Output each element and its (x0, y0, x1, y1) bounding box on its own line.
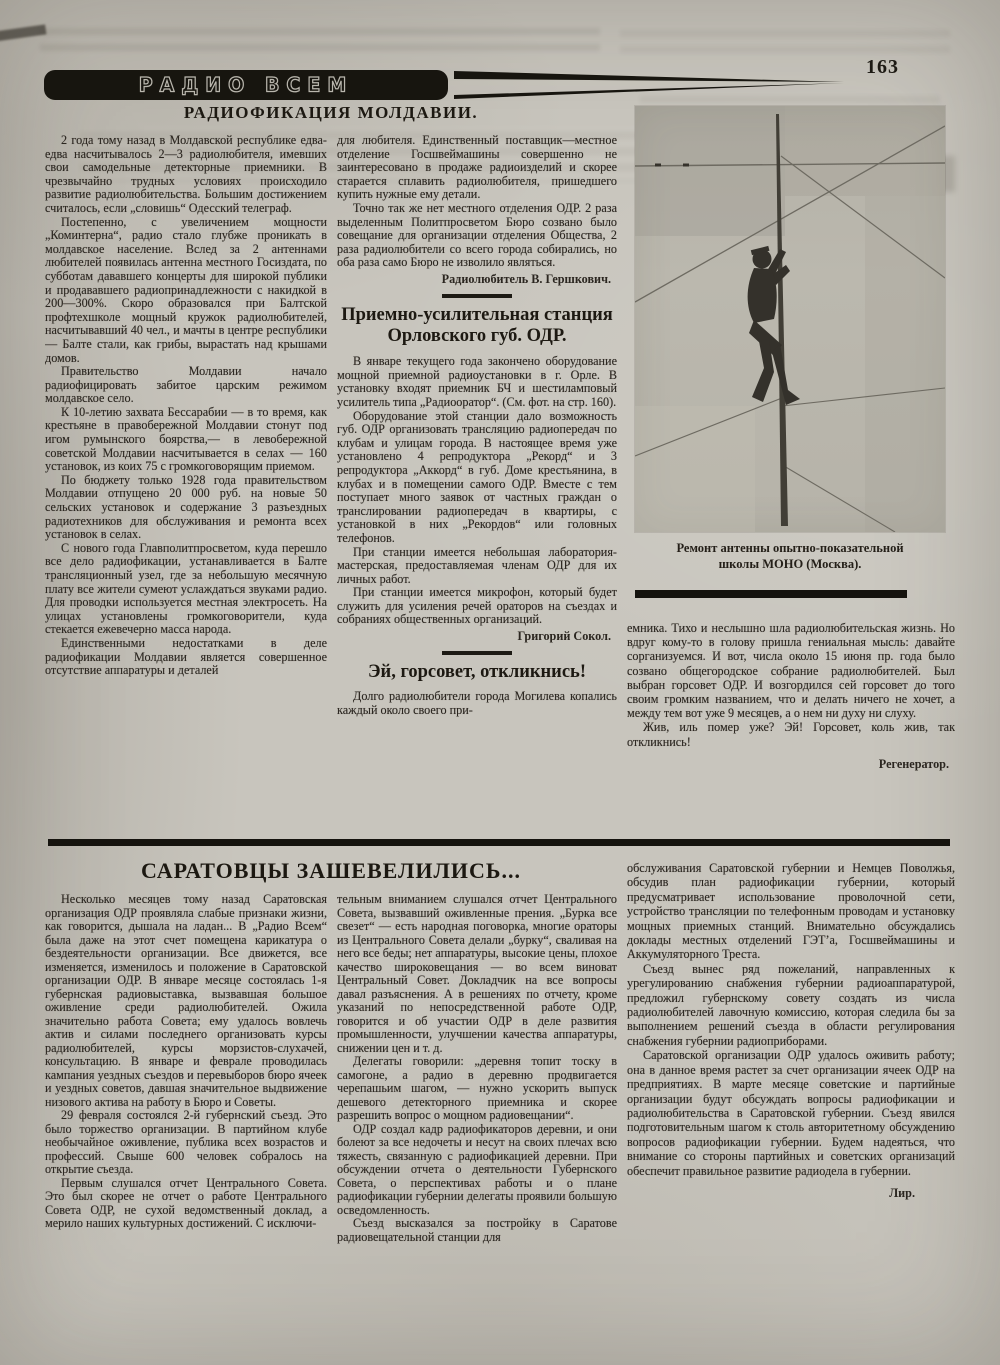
paragraph: Постепенно, с увеличением мощности „Коми… (45, 216, 327, 366)
column-divider-bar (635, 590, 907, 598)
article-title-saratov: САРАТОВЦЫ ЗАШЕВЕЛИЛИСЬ... (45, 858, 617, 884)
bleedthrough-ghost (40, 28, 600, 58)
column-gorsovet-3: емника. Тихо и неслышно шла радиолюбител… (627, 621, 955, 835)
scan-corner-mark (0, 24, 46, 41)
paragraph: Правительство Молдавии начало радиофицир… (45, 365, 327, 406)
paragraph: Точно так же нет местного отделения ОДР.… (337, 202, 617, 270)
antenna-climber-illustration (635, 106, 945, 532)
article-title-gorsovet: Эй, горсовет, откликнись! (339, 662, 615, 684)
article-divider (442, 294, 512, 298)
paragraph: Единственными недостатками в деле радиоф… (45, 637, 327, 678)
paragraph: Съезд вынес ряд пожеланий, направленных … (627, 962, 955, 1048)
paragraph: Жив, иль помер уже? Эй! Горсовет, коль ж… (627, 720, 955, 748)
photo-antenna-repair (635, 106, 945, 532)
signature-gershkovich: Радиолюбитель В. Гершкович. (337, 273, 611, 287)
masthead-title: РАДИО ВСЕМ (139, 73, 354, 96)
saratov-continuation: обслуживания Саратовской губернии и Немц… (627, 861, 955, 1178)
paragraph: Несколько месяцев тому назад Саратовская… (45, 893, 327, 1109)
photo-caption: Ремонт антенны опытно-показательной школ… (627, 540, 953, 573)
paragraph: Долго радиолюбители города Могилева копа… (337, 690, 617, 717)
paragraph: По бюджету только 1928 года правительств… (45, 474, 327, 542)
article-title-moldavia: РАДИОФИКАЦИЯ МОЛДАВИИ. (45, 103, 617, 123)
paragraph: тельным вниманием слушался отчет Централ… (337, 893, 617, 1055)
photo-caption-line1: Ремонт антенны опытно-показательной (676, 541, 903, 555)
magazine-page: РАДИО ВСЕМ 163 РАДИОФИКАЦИЯ МОЛДАВИИ. 2 … (0, 0, 1000, 1365)
masthead-logo: РАДИО ВСЕМ (44, 70, 448, 100)
article-divider (442, 651, 512, 655)
signature-sokol: Григорий Сокол. (337, 630, 611, 644)
paragraph: Делегаты говорили: „деревня топит тоску … (337, 1055, 617, 1123)
paragraph: для любителя. Единственный поставщик—мес… (337, 134, 617, 202)
paragraph: В январе текущего года закончено оборудо… (337, 355, 617, 409)
paragraph: При станции имеется микрофон, который бу… (337, 586, 617, 627)
paragraph: Саратовской организации ОДР удалось ожив… (627, 1048, 955, 1178)
column-saratov-1: Несколько месяцев тому назад Саратовская… (45, 893, 327, 1353)
paragraph: Съезд высказался за постройку в Саратове… (337, 1217, 617, 1244)
column-saratov-3: обслуживания Саратовской губернии и Немц… (627, 861, 955, 1353)
column-saratov-2: тельным вниманием слушался отчет Централ… (337, 893, 617, 1353)
paragraph: С нового года Главполитпросветом, куда п… (45, 542, 327, 637)
article-title-orel: Приемно-усилительная станция Орловского … (339, 305, 615, 349)
paragraph: 2 года тому назад в Молдавской республик… (45, 134, 327, 216)
gorsovet-article-start: Долго радиолюбители города Могилева копа… (337, 690, 617, 717)
climber-silhouette (748, 246, 800, 405)
gorsovet-continuation: емника. Тихо и неслышно шла радиолюбител… (627, 621, 955, 749)
column-moldavia-2: для любителя. Единственный поставщик—мес… (337, 134, 617, 842)
paragraph: обслуживания Саратовской губернии и Немц… (627, 861, 955, 962)
bleedthrough-ghost (620, 30, 950, 56)
signature-lir: Лир. (627, 1186, 915, 1200)
paragraph: К 10-летию захвата Бессарабии — в то вре… (45, 406, 327, 474)
paragraph: 29 февраля состоялся 2-й губернский съез… (45, 1109, 327, 1177)
moldavia-continuation: для любителя. Единственный поставщик—мес… (337, 134, 617, 270)
paragraph: Первым слушался отчет Центрального Совет… (45, 1177, 327, 1231)
paragraph: При станции имеется небольшая лаборатори… (337, 546, 617, 587)
page-number: 163 (866, 56, 899, 79)
column-moldavia-1: 2 года тому назад в Молдавской республик… (45, 134, 327, 840)
section-divider-rule (48, 839, 950, 846)
paragraph: емника. Тихо и неслышно шла радиолюбител… (627, 621, 955, 720)
paragraph: Оборудование этой станции дало возможнос… (337, 410, 617, 546)
photo-caption-line2: школы МОНО (Москва). (719, 557, 862, 571)
masthead-pennant (454, 70, 850, 100)
paragraph: ОДР создал кадр радиофикаторов деревни, … (337, 1123, 617, 1218)
signature-regenerator: Регенератор. (627, 757, 949, 771)
orel-article-body: В январе текущего года закончено оборудо… (337, 355, 617, 627)
